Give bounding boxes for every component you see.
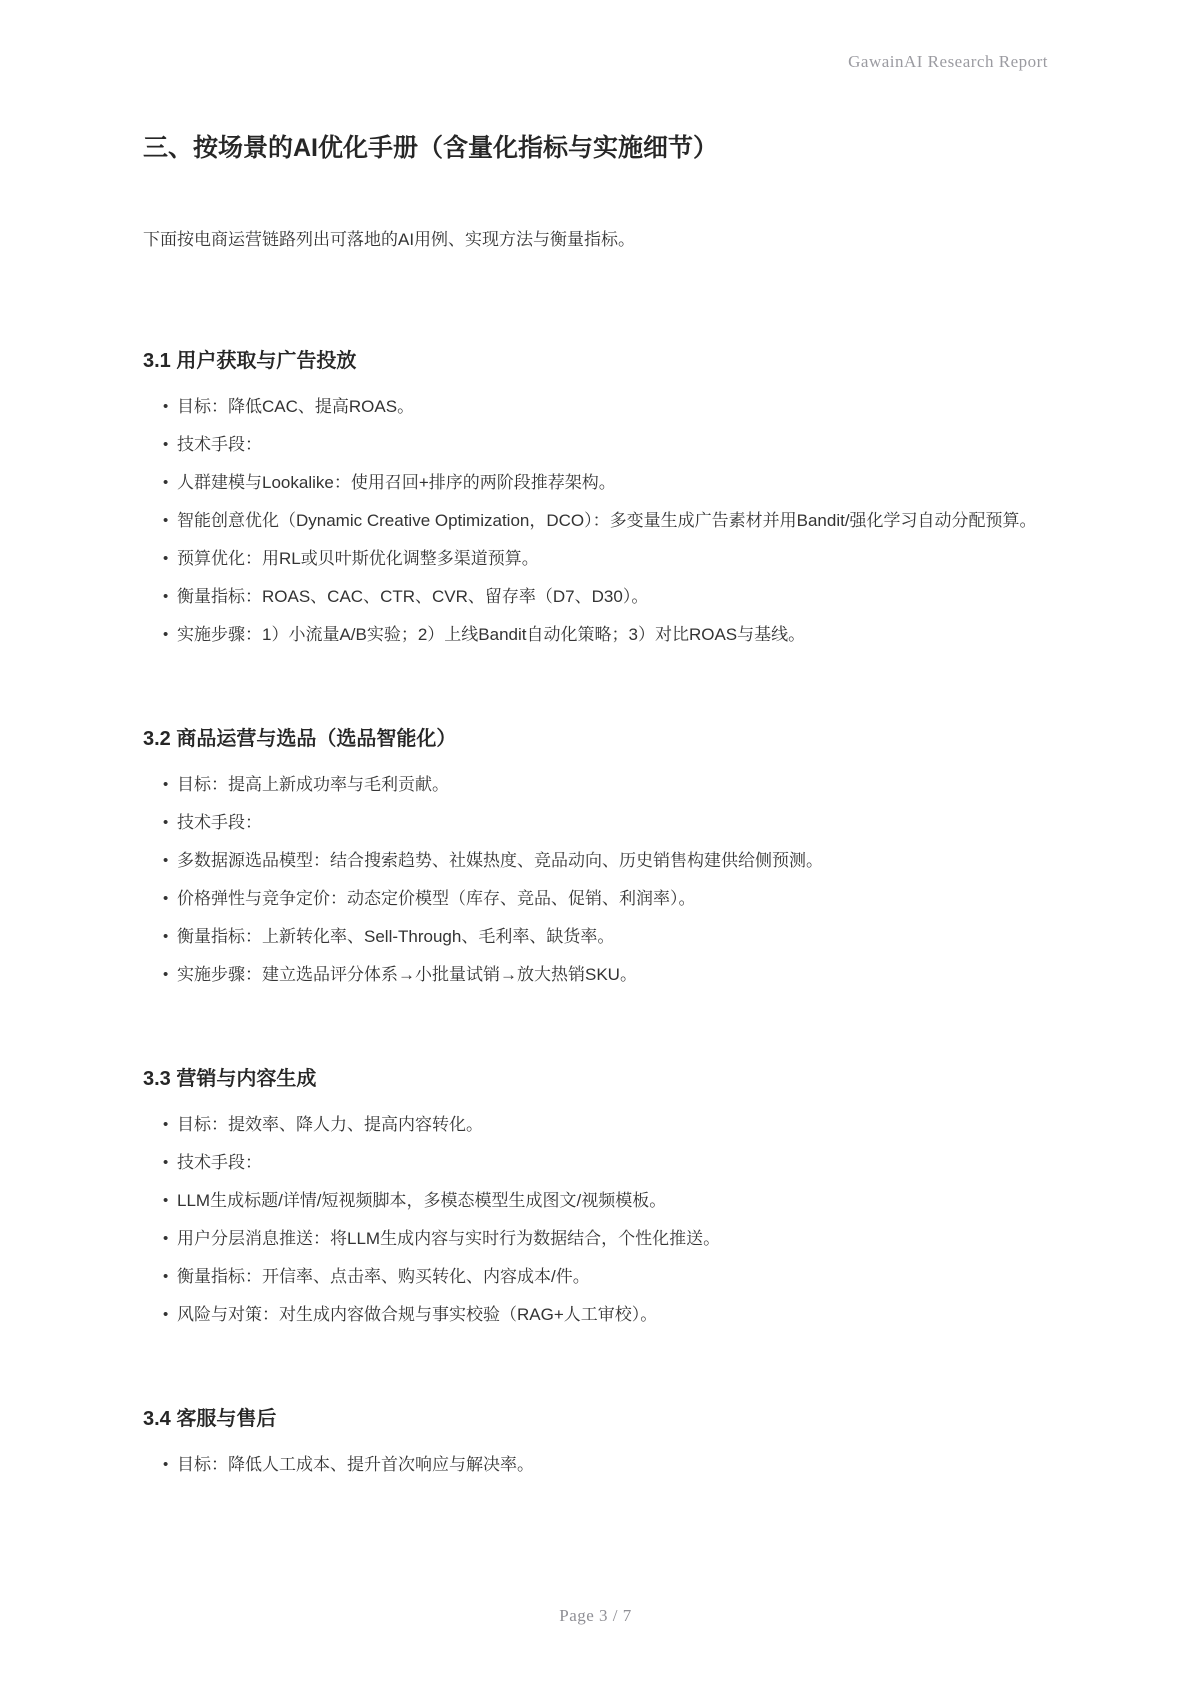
- section-3-1-heading: 3.1 用户获取与广告投放: [143, 346, 1048, 376]
- bullet-item: 目标：降低人工成本、提升首次响应与解决率。: [163, 1448, 1048, 1482]
- bullet-item: 技术手段：: [163, 806, 1048, 840]
- section-3-1-bullets: 目标：降低CAC、提高ROAS。 技术手段： 人群建模与Lookalike：使用…: [143, 390, 1048, 652]
- bullet-item: 衡量指标：ROAS、CAC、CTR、CVR、留存率（D7、D30）。: [163, 580, 1048, 614]
- bullet-item: 多数据源选品模型：结合搜索趋势、社媒热度、竞品动向、历史销售构建供给侧预测。: [163, 844, 1048, 878]
- bullet-item: 衡量指标：上新转化率、Sell-Through、毛利率、缺货率。: [163, 920, 1048, 954]
- intro-paragraph: 下面按电商运营链路列出可落地的AI用例、实现方法与衡量指标。: [143, 226, 1048, 254]
- page-title: 三、按场景的AI优化手册（含量化指标与实施细节）: [143, 130, 1048, 166]
- bullet-item: 技术手段：: [163, 428, 1048, 462]
- bullet-item: 衡量指标：开信率、点击率、购买转化、内容成本/件。: [163, 1260, 1048, 1294]
- bullet-item: 价格弹性与竞争定价：动态定价模型（库存、竞品、促销、利润率）。: [163, 882, 1048, 916]
- section-3-4: 3.4 客服与售后 目标：降低人工成本、提升首次响应与解决率。: [143, 1404, 1048, 1482]
- bullet-item: 人群建模与Lookalike：使用召回+排序的两阶段推荐架构。: [163, 466, 1048, 500]
- page-footer: Page 3 / 7: [0, 1606, 1191, 1626]
- bullet-item: 技术手段：: [163, 1146, 1048, 1180]
- section-3-3-heading: 3.3 营销与内容生成: [143, 1064, 1048, 1094]
- section-3-4-bullets: 目标：降低人工成本、提升首次响应与解决率。: [143, 1448, 1048, 1482]
- bullet-item: 风险与对策：对生成内容做合规与事实校验（RAG+人工审校）。: [163, 1298, 1048, 1332]
- bullet-item: 目标：提效率、降人力、提高内容转化。: [163, 1108, 1048, 1142]
- section-3-2: 3.2 商品运营与选品（选品智能化） 目标：提高上新成功率与毛利贡献。 技术手段…: [143, 724, 1048, 992]
- section-3-1: 3.1 用户获取与广告投放 目标：降低CAC、提高ROAS。 技术手段： 人群建…: [143, 346, 1048, 652]
- bullet-item: 实施步骤：建立选品评分体系→小批量试销→放大热销SKU。: [163, 958, 1048, 992]
- bullet-item: 用户分层消息推送：将LLM生成内容与实时行为数据结合，个性化推送。: [163, 1222, 1048, 1256]
- section-3-2-heading: 3.2 商品运营与选品（选品智能化）: [143, 724, 1048, 754]
- report-header: GawainAI Research Report: [143, 0, 1048, 72]
- bullet-item: 目标：降低CAC、提高ROAS。: [163, 390, 1048, 424]
- bullet-item: 智能创意优化（Dynamic Creative Optimization，DCO…: [163, 504, 1048, 538]
- document-page: GawainAI Research Report 三、按场景的AI优化手册（含量…: [0, 0, 1191, 1684]
- bullet-item: LLM生成标题/详情/短视频脚本，多模态模型生成图文/视频模板。: [163, 1184, 1048, 1218]
- bullet-item: 目标：提高上新成功率与毛利贡献。: [163, 768, 1048, 802]
- bullet-item: 实施步骤：1）小流量A/B实验；2）上线Bandit自动化策略；3）对比ROAS…: [163, 618, 1048, 652]
- section-3-2-bullets: 目标：提高上新成功率与毛利贡献。 技术手段： 多数据源选品模型：结合搜索趋势、社…: [143, 768, 1048, 992]
- section-3-3: 3.3 营销与内容生成 目标：提效率、降人力、提高内容转化。 技术手段： LLM…: [143, 1064, 1048, 1332]
- bullet-item: 预算优化：用RL或贝叶斯优化调整多渠道预算。: [163, 542, 1048, 576]
- section-3-4-heading: 3.4 客服与售后: [143, 1404, 1048, 1434]
- section-3-3-bullets: 目标：提效率、降人力、提高内容转化。 技术手段： LLM生成标题/详情/短视频脚…: [143, 1108, 1048, 1332]
